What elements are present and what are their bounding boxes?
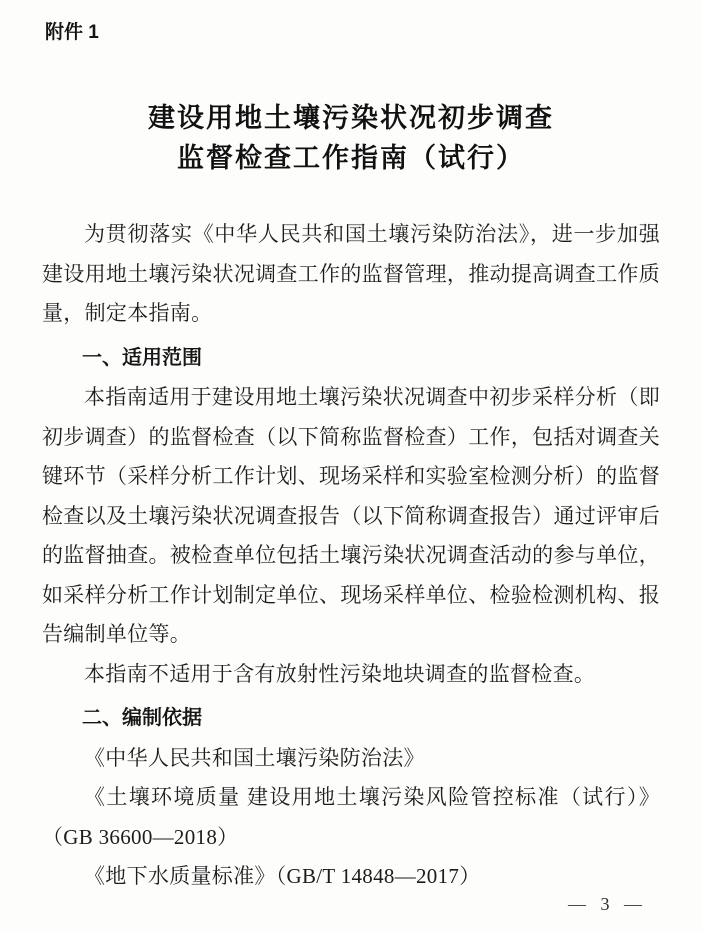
reference-item-2: 《土壤环境质量 建设用地土壤污染风险管控标准（试行）》（GB 36600—201… — [42, 778, 660, 857]
reference-item-3: 《地下水质量标准》（GB/T 14848—2017） — [42, 857, 660, 897]
section-heading-scope: 一、适用范围 — [42, 339, 660, 379]
attachment-label: 附件 1 — [45, 20, 660, 46]
document-title-line-1: 建设用地土壤污染状况初步调查 — [42, 98, 660, 138]
exclusion-paragraph: 本指南不适用于含有放射性污染地块调查的监督检查。 — [42, 655, 660, 695]
document-title-line-2: 监督检查工作指南（试行） — [42, 138, 660, 178]
document-title: 建设用地土壤污染状况初步调查 监督检查工作指南（试行） — [42, 98, 660, 178]
scope-paragraph: 本指南适用于建设用地土壤污染状况调查中初步采样分析（即初步调查）的监督检查（以下… — [42, 378, 660, 655]
section-heading-references: 二、编制依据 — [42, 699, 660, 739]
reference-item-1: 《中华人民共和国土壤污染防治法》 — [42, 739, 660, 779]
page-number: — 3 — — [568, 894, 647, 915]
document-page: 附件 1 建设用地土壤污染状况初步调查 监督检查工作指南（试行） 为贯彻落实《中… — [0, 0, 701, 931]
intro-paragraph: 为贯彻落实《中华人民共和国土壤污染防治法》，进一步加强建设用地土壤污染状况调查工… — [42, 215, 660, 334]
